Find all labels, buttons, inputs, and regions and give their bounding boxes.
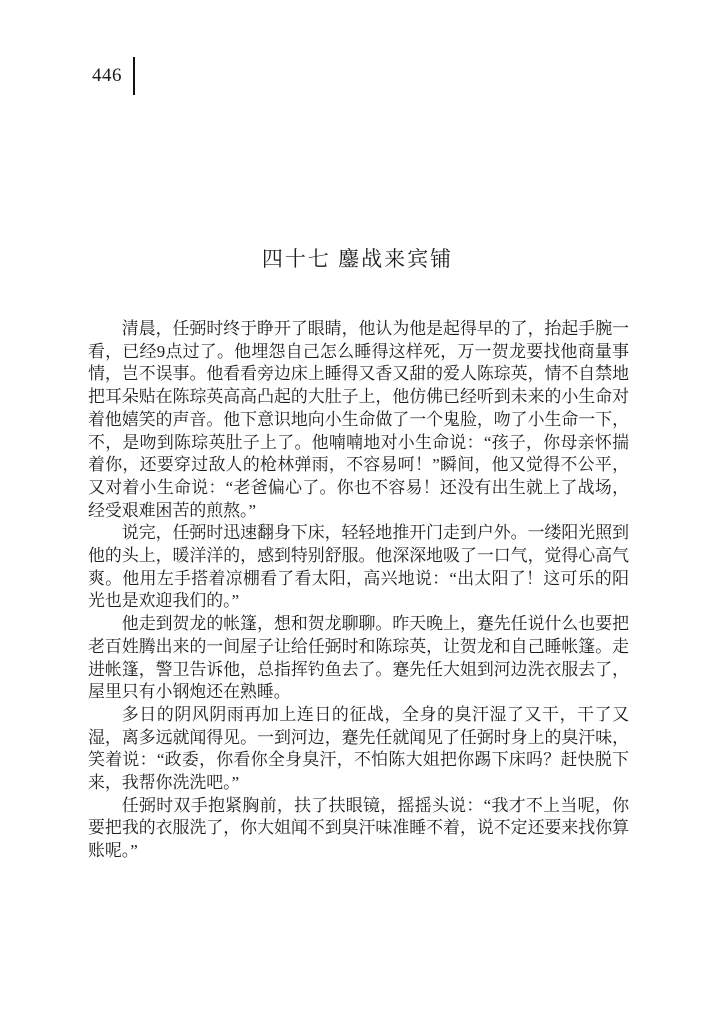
paragraph: 说完，任弼时迅速翻身下床，轻轻地推开门走到户外。一缕阳光照到他的头上，暖洋洋的，… xyxy=(88,522,629,613)
paragraph: 多日的阴风阴雨再加上连日的征战，全身的臭汗湿了又干，干了又湿，离多远就闻得见。一… xyxy=(88,704,629,795)
paragraph: 清晨，任弼时终于睁开了眼睛，他认为他是起得早的了，抬起手腕一看，已经9点过了。他… xyxy=(88,318,629,522)
paragraph: 任弼时双手抱紧胸前，扶了扶眼镜，摇摇头说：“我才不上当呢，你要把我的衣服洗了，你… xyxy=(88,795,629,863)
page-number: 446 xyxy=(92,57,122,95)
page-header: 446 xyxy=(92,57,135,95)
chapter-title: 四十七 鏖战来宾铺 xyxy=(0,243,715,273)
paragraph: 他走到贺龙的帐篷，想和贺龙聊聊。昨天晚上，蹇先任说什么也要把老百姓腾出来的一间屋… xyxy=(88,613,629,704)
body-text: 清晨，任弼时终于睁开了眼睛，他认为他是起得早的了，抬起手腕一看，已经9点过了。他… xyxy=(88,318,629,863)
page-number-divider xyxy=(133,57,135,95)
book-page: 446 四十七 鏖战来宾铺 清晨，任弼时终于睁开了眼睛，他认为他是起得早的了，抬… xyxy=(0,0,715,1010)
